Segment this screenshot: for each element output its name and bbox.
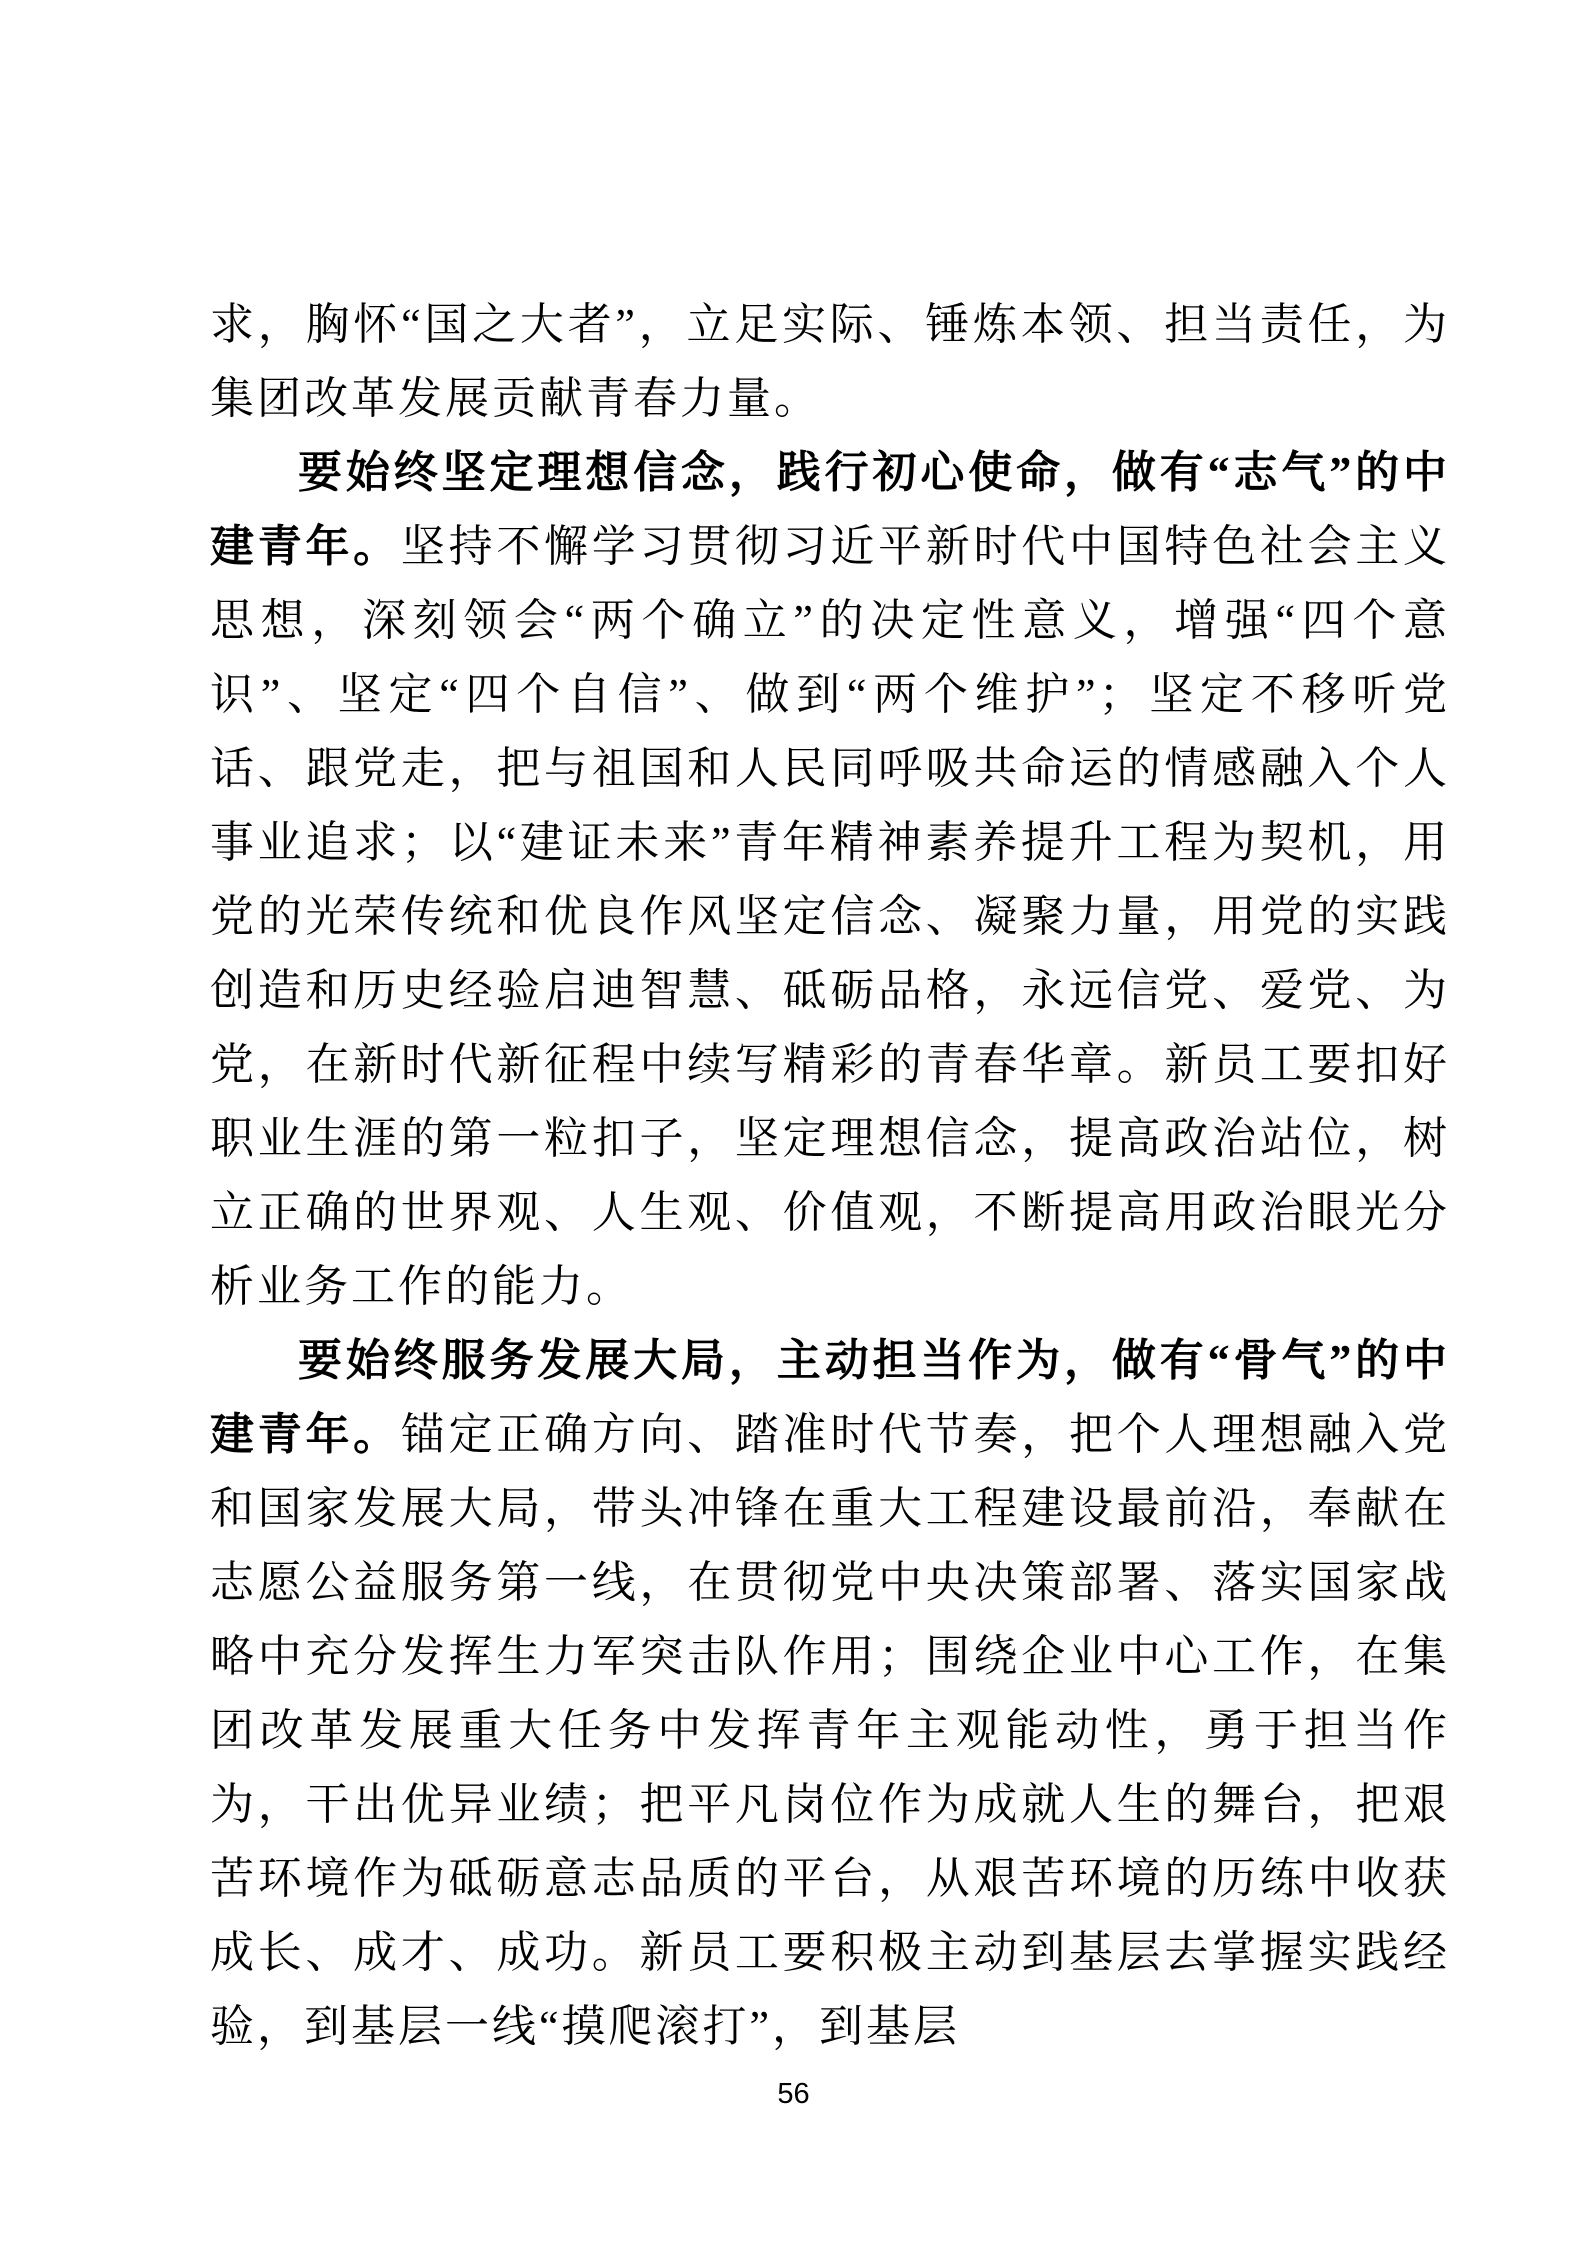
paragraph-text: 锚定正确方向、踏准时代节奏，把个人理想融入党和国家发展大局，带头冲锋在重大工程建… [210, 1410, 1450, 2051]
paragraph-text: 坚持不懈学习贯彻习近平新时代中国特色社会主义思想，深刻领会“两个确立”的决定性意… [210, 522, 1450, 1311]
paragraph: 求，胸怀“国之大者”，立足实际、锤炼本领、担当责任，为集团改革发展贡献青春力量。 [210, 288, 1450, 436]
paragraph: 要始终坚定理想信念，践行初心使命，做有“志气”的中建青年。坚持不懈学习贯彻习近平… [210, 436, 1450, 1324]
document-body: 求，胸怀“国之大者”，立足实际、锤炼本领、担当责任，为集团改革发展贡献青春力量。… [210, 288, 1450, 2064]
page-footer: 56 [0, 2078, 1587, 2111]
page-number: 56 [777, 2078, 809, 2110]
paragraph-text: 求，胸怀“国之大者”，立足实际、锤炼本领、担当责任，为集团改革发展贡献青春力量。 [210, 300, 1450, 423]
document-page: 求，胸怀“国之大者”，立足实际、锤炼本领、担当责任，为集团改革发展贡献青春力量。… [0, 0, 1587, 2245]
paragraph: 要始终服务发展大局，主动担当作为，做有“骨气”的中建青年。锚定正确方向、踏准时代… [210, 1324, 1450, 2064]
